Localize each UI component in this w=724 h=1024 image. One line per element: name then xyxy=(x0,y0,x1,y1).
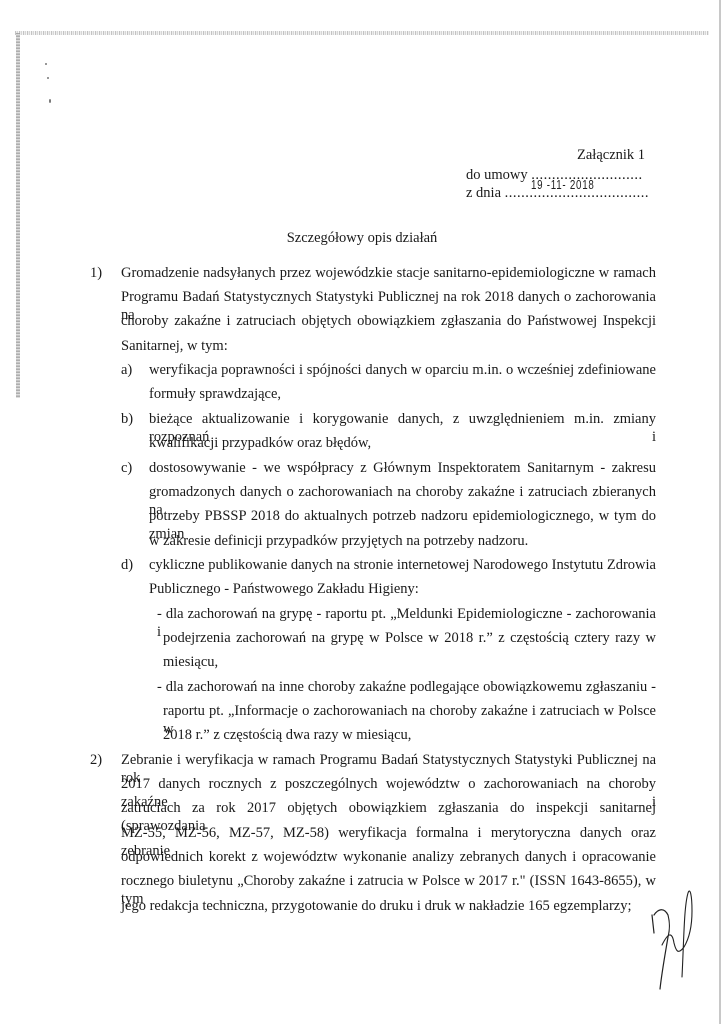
scan-speck xyxy=(45,63,47,65)
item-1-line: Sanitarnej, w tym: xyxy=(121,337,228,355)
date-label: z dnia xyxy=(466,185,501,201)
item-1-line: choroby zakaźne i zatruciach objętych ob… xyxy=(121,312,656,330)
stamped-date: 19 -11- 2018 xyxy=(531,177,595,192)
subitem-c-line: dostosowywanie - we współpracy z Głównym… xyxy=(149,459,656,477)
subitem-marker: d) xyxy=(121,556,133,574)
subitem-b-line: kwalifikacji przypadków oraz błędów, xyxy=(149,434,371,452)
subitem-c-line: w zakresie definicji przypadków przyjęty… xyxy=(149,532,528,550)
contract-label: do umowy xyxy=(466,167,528,183)
subitem-marker: c) xyxy=(121,459,132,477)
item-marker: 2) xyxy=(90,751,102,769)
item-2-line: jego redakcja techniczna, przygotowanie … xyxy=(121,897,632,915)
scan-speck xyxy=(47,77,49,79)
item-1-line: Gromadzenie nadsyłanych przez wojewódzki… xyxy=(121,264,656,282)
signature-icon xyxy=(648,885,708,995)
annex-label: Załącznik 1 xyxy=(577,146,645,164)
scan-speck xyxy=(49,99,51,103)
document-title: Szczegółowy opis działań xyxy=(0,230,724,247)
subitem-a-line: formuły sprawdzające, xyxy=(149,385,281,403)
scan-border-right xyxy=(719,0,721,1024)
item-marker: 1) xyxy=(90,264,102,282)
scan-border-top xyxy=(15,31,709,35)
dash-item-line: podejrzenia zachorowań na grypę w Polsce… xyxy=(163,629,656,647)
subitem-marker: b) xyxy=(121,410,133,428)
subitem-d-line: cykliczne publikowanie danych na stronie… xyxy=(149,556,656,574)
scan-border-left xyxy=(16,33,20,398)
subitem-a-line: weryfikacja poprawności i spójności dany… xyxy=(149,361,656,379)
dash-item-line: - dla zachorowań na inne choroby zakaźne… xyxy=(157,678,656,696)
dash-item-line: miesiącu, xyxy=(163,653,218,671)
subitem-marker: a) xyxy=(121,361,132,379)
item-2-line: odpowiednich korekt z województw wykonan… xyxy=(121,848,656,866)
dash-item-line: 2018 r.” z częstością dwa razy w miesiąc… xyxy=(163,726,411,744)
subitem-d-line: Publicznego - Państwowego Zakładu Higien… xyxy=(149,580,419,598)
